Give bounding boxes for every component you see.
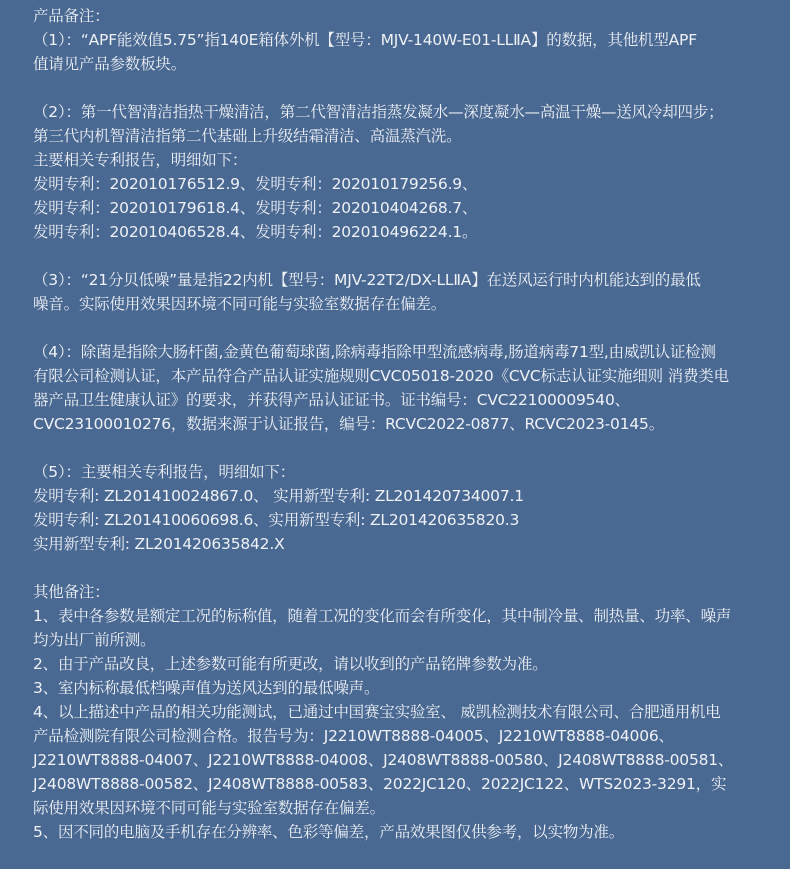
spacer <box>33 436 768 460</box>
other-note-line: 均为出厂前所测。 <box>33 628 768 652</box>
note-3-line: （3）：“21分贝低噪”量是指22内机【型号：MJV-22T2/DX-LLⅡA】… <box>33 268 768 292</box>
spacer <box>33 316 768 340</box>
other-note-line: 产品检测院有限公司检测合格。报告号为：J2210WT8888-04005、J22… <box>33 724 768 748</box>
notes-content: 产品备注： （1）：“APF能效值5.75”指140E箱体外机【型号：MJV-1… <box>33 4 768 844</box>
spacer <box>33 244 768 268</box>
other-note-line: 1、表中各参数是额定工况的标称值，随着工况的变化而会有所变化，其中制冷量、制热量… <box>33 604 768 628</box>
other-note-line: J2408WT8888-00582、J2408WT8888-00583、2022… <box>33 772 768 796</box>
patent-line: 发明专利：202010179618.4、发明专利：202010404268.7、 <box>33 196 768 220</box>
note-2-line: （2）：第一代智清洁指热干燥清洁，第二代智清洁指蒸发凝水—深度凝水—高温干燥—送… <box>33 100 768 124</box>
notes-heading: 产品备注： <box>33 4 768 28</box>
note-4-line: 有限公司检测认证，本产品符合产品认证实施规则CVC05018-2020《CVC标… <box>33 364 768 388</box>
note-4-line: 器产品卫生健康认证》的要求，并获得产品认证证书。证书编号：CVC22100009… <box>33 388 768 412</box>
other-note-line: 3、室内标称最低档噪声值为送风达到的最低噪声。 <box>33 676 768 700</box>
other-note-line: 2、由于产品改良，上述参数可能有所更改，请以收到的产品铭牌参数为准。 <box>33 652 768 676</box>
spacer <box>33 556 768 580</box>
note-5: （5）：主要相关专利报告，明细如下： 发明专利: ZL201410024867.… <box>33 460 768 556</box>
note-3-line: 噪音。实际使用效果因环境不同可能与实验室数据存在偏差。 <box>33 292 768 316</box>
other-note-line: 4、以上描述中产品的相关功能测试，已通过中国赛宝实验室、 威凯检测技术有限公司、… <box>33 700 768 724</box>
other-notes-heading: 其他备注： <box>33 580 768 604</box>
patent-line: 发明专利：202010176512.9、发明专利：202010179256.9、 <box>33 172 768 196</box>
note-2-line: 第三代内机智清洁指第二代基础上升级结霜清洁、高温蒸汽洗。 <box>33 124 768 148</box>
note-1-line: （1）：“APF能效值5.75”指140E箱体外机【型号：MJV-140W-E0… <box>33 28 768 52</box>
note-1-line: 值请见产品参数板块。 <box>33 52 768 76</box>
spacer <box>33 76 768 100</box>
other-notes: 1、表中各参数是额定工况的标称值，随着工况的变化而会有所变化，其中制冷量、制热量… <box>33 604 768 844</box>
patent-line: 发明专利: ZL201410060698.6、实用新型专利: ZL2014206… <box>33 508 768 532</box>
note-3: （3）：“21分贝低噪”量是指22内机【型号：MJV-22T2/DX-LLⅡA】… <box>33 268 768 316</box>
note-4-line: （4）：除菌是指除大肠杆菌,金黄色葡萄球菌,除病毒指除甲型流感病毒,肠道病毒71… <box>33 340 768 364</box>
patent-line: 发明专利: ZL201410024867.0、 实用新型专利: ZL201420… <box>33 484 768 508</box>
patent-heading: 主要相关专利报告，明细如下： <box>33 148 768 172</box>
other-note-line: J2210WT8888-04007、J2210WT8888-04008、J240… <box>33 748 768 772</box>
note-4: （4）：除菌是指除大肠杆菌,金黄色葡萄球菌,除病毒指除甲型流感病毒,肠道病毒71… <box>33 340 768 436</box>
product-notes-page: 产品备注： （1）：“APF能效值5.75”指140E箱体外机【型号：MJV-1… <box>0 0 790 869</box>
patent-line: 实用新型专利: ZL201420635842.X <box>33 532 768 556</box>
other-note-line: 际使用效果因环境不同可能与实验室数据存在偏差。 <box>33 796 768 820</box>
other-note-line: 5、因不同的电脑及手机存在分辨率、色彩等偏差，产品效果图仅供参考，以实物为准。 <box>33 820 768 844</box>
note-2: （2）：第一代智清洁指热干燥清洁，第二代智清洁指蒸发凝水—深度凝水—高温干燥—送… <box>33 100 768 244</box>
patent-line: 发明专利：202010406528.4、发明专利：202010496224.1。 <box>33 220 768 244</box>
note-5-heading: （5）：主要相关专利报告，明细如下： <box>33 460 768 484</box>
note-4-line: CVC23100010276，数据来源于认证报告，编号：RCVC2022-087… <box>33 412 768 436</box>
note-1: （1）：“APF能效值5.75”指140E箱体外机【型号：MJV-140W-E0… <box>33 28 768 76</box>
